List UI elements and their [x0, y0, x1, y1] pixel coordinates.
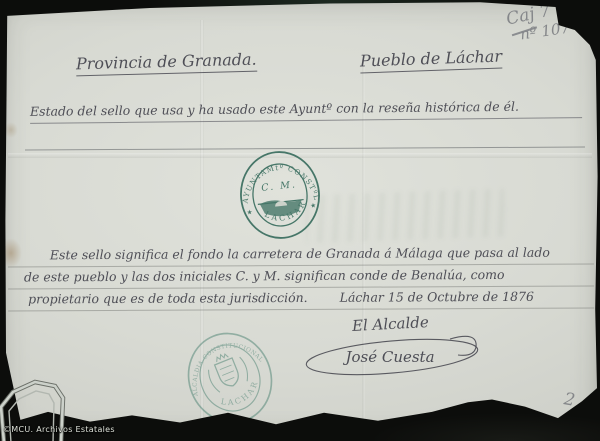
town-heading: Pueblo de Láchar: [360, 47, 503, 74]
coat-of-arms-hatching: [220, 365, 236, 381]
faint-stamp-outer-ring: [175, 321, 285, 435]
ink-bleedthrough: [304, 189, 506, 244]
stamp-initials: C. M.: [261, 179, 298, 194]
coat-of-arms-laurels: [207, 356, 252, 394]
body-paragraph: Este sello significa el fondo la carrete…: [8, 242, 594, 311]
archive-watermark: ©MCU. Archivos Estatales: [3, 425, 115, 434]
pencil-page-number: 2: [562, 389, 576, 411]
province-heading: Provincia de Granada.: [76, 50, 257, 77]
coat-of-arms-shield: [215, 358, 242, 389]
paragraph-line-2: de este pueblo y las dos iniciales C. y …: [8, 264, 594, 289]
pencil-archival-note: Caj 7 nº 107: [489, 0, 598, 51]
ayuntamiento-seal-stamp: AYUNTAMtº CONSTºL DE ★ ★ LACHAR C. M.: [234, 146, 327, 244]
signature-name: José Cuesta: [342, 348, 434, 366]
stamp-star-left: ★: [246, 208, 253, 217]
document-paper: Caj 7 nº 107 Provincia de Granada. Puebl…: [0, 0, 600, 441]
paper-stain-small: [4, 122, 18, 138]
dateline: Láchar 15 de Octubre de 1876: [340, 289, 534, 305]
signature-flourish-loop: [450, 336, 476, 355]
mayor-signature: José Cuesta: [300, 329, 490, 381]
alcaldia-stamp-faint: ALCALDIA CONSTITUCIONAL LACHAR: [171, 317, 289, 439]
paragraph-line-1: Este sello significa el fondo la carrete…: [8, 242, 594, 267]
stamp-star-right: ★: [310, 201, 317, 210]
subject-line: Estado del sello que usa y ha usado este…: [30, 98, 582, 124]
photo-scene: Caj 7 nº 107 Provincia de Granada. Puebl…: [0, 0, 600, 441]
paragraph-line-3-text: propietario que es de toda esta jurisdic…: [28, 290, 308, 306]
paragraph-line-3: propietario que es de toda esta jurisdic…: [8, 286, 594, 311]
